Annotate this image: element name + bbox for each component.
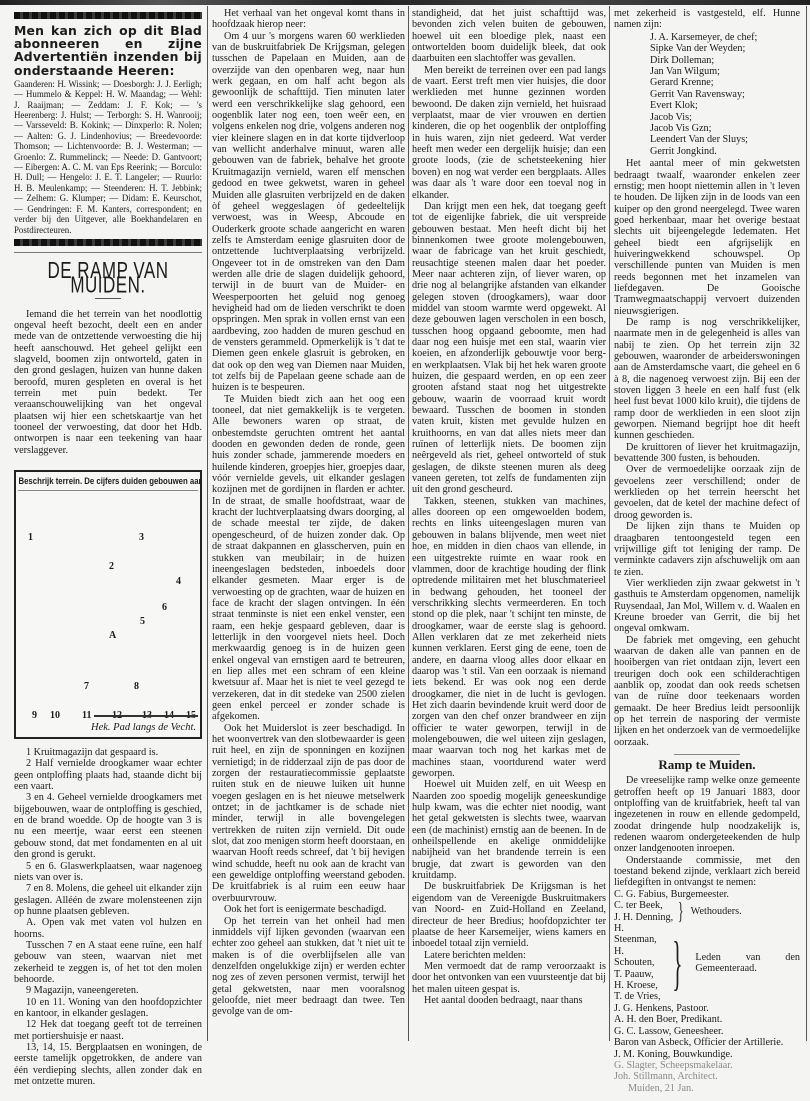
map-building-label: 3 [139, 532, 144, 543]
map-building-label: 5 [140, 616, 145, 627]
victim-name: Gerrit Jongkind. [650, 146, 800, 157]
victim-name: J. A. Karsemeyer, de chef; [650, 32, 800, 43]
legend-item: 13, 14, 15. Bergplaatsen en woningen, de… [14, 1042, 202, 1087]
article-paragraph: De fabriek met omgeving, een gehucht waa… [614, 635, 800, 748]
newspaper-page: Men kan zich op dit Blad abonneeren en z… [0, 0, 810, 1101]
legend-item: 9 Magazijn, vaneengereten. [14, 985, 202, 996]
victim-name: Gerrit Van Ravensway; [650, 89, 800, 100]
victim-list: J. A. Karsemeyer, de chef; Sipke Van der… [650, 32, 800, 157]
committee-member: A. H. den Boer, Predikant. [614, 1014, 800, 1025]
column-divider [806, 6, 807, 1041]
committee-list: C. G. Fabius, Burgemeester. C. ter Beek,… [614, 889, 800, 1093]
committee-member: H. Steenman, [614, 923, 661, 946]
article-paragraph: De lijken zijn thans te Muiden op draagb… [614, 521, 800, 578]
committee-member: T. de Vries, [614, 991, 661, 1002]
article-paragraph: Het verhaal van het ongeval komt thans i… [212, 8, 405, 31]
subscription-ad-agents: Gaanderen: H. Wissink; — Doesborgh: J. J… [14, 79, 202, 235]
legend-item: 10 en 11. Woning van den hoofdopzichter … [14, 997, 202, 1020]
aldermen-label: Wethouders. [691, 906, 742, 917]
legend-item: 3 en 4. Geheel vernielde droogkamers met… [14, 792, 202, 860]
committee-member: G. Slagter, Scheepsmakelaar. [614, 1060, 800, 1071]
committee-member: H. Schouten, [614, 946, 661, 969]
map-building-label: 4 [176, 576, 181, 587]
article-paragraph: Latere berichten melden: [412, 950, 606, 961]
map-fence-line [94, 715, 198, 717]
article-paragraph: Men bereikt de terreinen over een pad la… [412, 65, 606, 201]
legend-item: 5 en 6. Glaswerkplaatsen, waar nagenoeg … [14, 861, 202, 884]
article-paragraph: Dan krijgt men een hek, dat toegang geef… [412, 201, 606, 496]
map-caption: Beschrijk terrein. De cijfers duiden geb… [16, 472, 202, 490]
committee-member: C. ter Beek, [614, 900, 673, 911]
ad-bottom-rule [14, 239, 202, 246]
section-divider [674, 754, 740, 755]
map-building-label: A [109, 630, 116, 641]
brace-symbol: } [672, 935, 682, 991]
article-paragraph: Te Muiden biedt zich aan het oog een too… [212, 394, 405, 723]
map-building-label: 9 [32, 710, 37, 721]
legend-item: Tusschen 7 en A staat eene ruïne, een ha… [14, 940, 202, 985]
victim-name: Dirk Dolleman; [650, 55, 800, 66]
article-paragraph: De buskruitfabriek De Krijgsman is het e… [412, 881, 606, 949]
article-paragraph: Hoewel uit Muiden zelf, en uit Weesp en … [412, 779, 606, 881]
column-3: standigheid, dat het juist schafttijd wa… [412, 8, 606, 1093]
victim-name: Jacob Vis; [650, 112, 800, 123]
article-paragraph: Het aantal meer of min gekwetsten bedraa… [614, 158, 800, 317]
council-label: Leden van den Gemeenteraad. [695, 952, 800, 975]
map-building-label: 2 [109, 561, 114, 572]
article-title: DE RAMP VAN MUIDEN. [14, 263, 202, 299]
map-building-label: 10 [50, 710, 60, 721]
victims-intro: met zekerheid is vastgesteld, elf. Hunne… [614, 8, 800, 31]
column-divider [207, 6, 208, 1041]
article-paragraph: Takken, steenen, stukken van machines, a… [412, 496, 606, 780]
column-4: met zekerheid is vastgesteld, elf. Hunne… [614, 8, 800, 1093]
victim-name: Evert Klok; [650, 100, 800, 111]
legend-item: 2 Half vernielde droogkamer waar echter … [14, 758, 202, 792]
victim-name: Leendert Van der Sluys; [650, 134, 800, 145]
brace-symbol: } [678, 902, 684, 922]
article-paragraph: Het aantal dooden bedraagt, naar thans [412, 995, 606, 1006]
map-building-label: 8 [134, 681, 139, 692]
council-group: H. Steenman, H. Schouten, T. Paauw, H. K… [614, 923, 800, 1003]
legend-item: 7 en 8. Molens, die geheel uit elkander … [14, 883, 202, 917]
article-paragraph: Ook het Muiderslot is zeer beschadigd. I… [212, 723, 405, 905]
committee-member: T. Paauw, [614, 969, 661, 980]
victim-name: Jan Van Wilgum; [650, 66, 800, 77]
appeal-title: Ramp te Muiden. [614, 759, 800, 770]
article-paragraph: Men vermoedt dat de ramp veroorzaakt is … [412, 961, 606, 995]
article-paragraph: Over de vermoedelijke oorzaak zijn de ge… [614, 464, 800, 521]
committee-member: Joh. Stillmann, Architect. [614, 1071, 800, 1082]
column-2: Het verhaal van het ongeval komt thans i… [212, 8, 405, 1093]
committee-chair: C. G. Fabius, Burgemeester. [614, 889, 800, 900]
committee-member: G. C. Lassow, Geneesheer. [614, 1026, 800, 1037]
map-building-label: 6 [162, 602, 167, 613]
appeal-paragraph: Onderstaande commissie, met den toestand… [614, 855, 800, 889]
committee-member: J. M. Koning, Bouwkundige. [614, 1049, 800, 1060]
place-date: Muiden, 21 Jan. [628, 1083, 800, 1093]
committee-member: J. G. Henkens, Pastoor. [614, 1003, 800, 1014]
committee-member: J. H. Denning, [614, 912, 673, 923]
map-footer: Hek. Pad langs de Vecht. [91, 722, 196, 733]
map-legend: 1 Kruitmagazijn dat gespaard is. 2 Half … [14, 747, 202, 1087]
article-intro: Iemand die het terrein van het noodlotti… [14, 309, 202, 456]
appeal-paragraph: De vreeselijke ramp welke onze gemeente … [614, 775, 800, 854]
column-1: Men kan zich op dit Blad abonneeren en z… [14, 8, 202, 1093]
section-divider [14, 252, 202, 253]
article-paragraph: standigheid, dat het juist schafttijd wa… [412, 8, 606, 65]
column-divider [408, 6, 409, 1041]
victim-name: Jacob Vis Gzn; [650, 123, 800, 134]
map-building-label: 7 [84, 681, 89, 692]
subscription-ad-headline: Men kan zich op dit Blad abonneeren en z… [14, 24, 202, 77]
article-paragraph: Vier werklieden zijn zwaar gekwetst in '… [614, 578, 800, 635]
committee-member: Baron van Asbeck, Officier der Artilleri… [614, 1037, 800, 1048]
map-building-label: 1 [28, 532, 33, 543]
aldermen-group: C. ter Beek, J. H. Denning, } Wethouders… [614, 900, 800, 923]
committee-member: H. Kroese, [614, 980, 661, 991]
site-sketch-map: Beschrijk terrein. De cijfers duiden geb… [14, 470, 202, 739]
column-divider [609, 6, 610, 1041]
victim-name: Gerard Krenne; [650, 77, 800, 88]
article-paragraph: De ramp is nog verschrikkelijker, naarma… [614, 317, 800, 442]
masthead-rule [0, 0, 810, 5]
map-building-label: 11 [82, 710, 91, 721]
article-paragraph: Om 4 uur 's morgens waren 60 werklieden … [212, 31, 405, 394]
map-caption-rule [18, 490, 198, 491]
article-paragraph: Op het terrein van het onheil had men in… [212, 916, 405, 1018]
article-paragraph: De kruittoren of liever het kruitmagazij… [614, 442, 800, 465]
legend-item: 12 Hek dat toegang geeft tot de terreine… [14, 1019, 202, 1042]
legend-item: 1 Kruitmagazijn dat gespaard is. [14, 747, 202, 758]
ad-top-rule [14, 12, 202, 19]
victim-name: Sipke Van der Weyden; [650, 43, 800, 54]
article-paragraph: Ook het fort is eenigermate beschadigd. [212, 904, 405, 915]
legend-item: A. Open vak met vaten vol hulzen en hoor… [14, 917, 202, 940]
